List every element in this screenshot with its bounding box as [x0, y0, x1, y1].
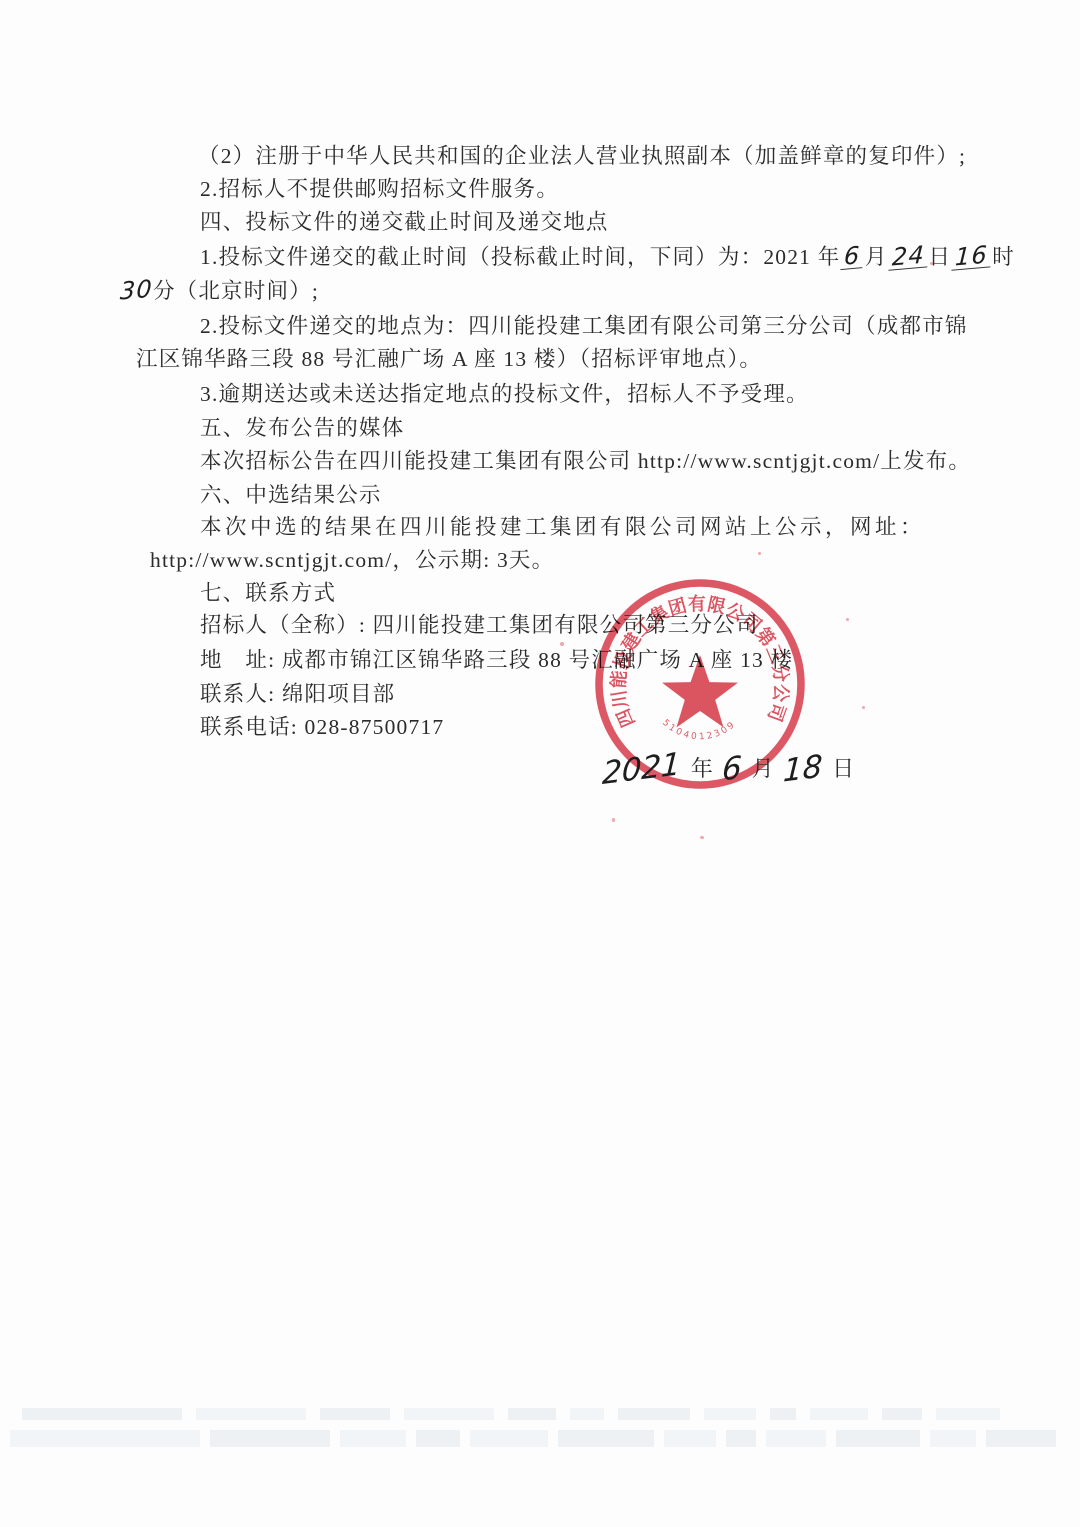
ink-speck [862, 706, 865, 709]
scan-artifact [196, 1408, 306, 1420]
handwritten-minute: 30 [119, 276, 153, 303]
ink-speck [612, 818, 615, 822]
month-unit: 月 [865, 245, 888, 269]
signature-date: 2021年6月18日 [602, 752, 863, 785]
scan-artifact [766, 1430, 826, 1447]
paragraph-contact-person: 联系人: 绵阳项目部 [200, 681, 395, 707]
scan-artifact [618, 1408, 690, 1420]
scan-artifact [320, 1408, 390, 1420]
paragraph-no-mail-order: 2.招标人不提供邮购招标文件服务。 [200, 176, 559, 202]
scan-artifact [930, 1430, 976, 1447]
scan-artifact [726, 1430, 756, 1447]
day-unit: 日 [929, 245, 952, 269]
paragraph-submit-place-2: 江区锦华路三段 88 号汇融广场 A 座 13 楼）（招标评审地点）。 [136, 346, 762, 372]
handwritten-day: 24 [888, 242, 928, 271]
scan-artifact-row [0, 1430, 1056, 1447]
paragraph-submit-place-1: 2.投标文件递交的地点为：四川能投建工集团有限公司第三分公司（成都市锦 [200, 313, 968, 339]
scan-artifact [986, 1430, 1056, 1447]
scan-artifact [416, 1430, 460, 1447]
month-unit: 月 [752, 756, 775, 781]
scan-artifact [22, 1408, 182, 1420]
hour-unit: 时 [992, 245, 1015, 269]
ink-speck [930, 262, 933, 265]
handwritten-month: 6 [841, 243, 865, 270]
paragraph-result-1: 本次中选的结果在四川能投建工集团有限公司网站上公示，网址： [200, 514, 925, 540]
scan-artifact [210, 1430, 330, 1447]
paragraph-result-2: http://www.scntjgjt.com/，公示期: 3天。 [150, 547, 554, 573]
paragraph-deadline: 1.投标文件递交的截止时间（投标截止时间，下同）为：2021 年6月24日16时 [200, 244, 1015, 270]
scan-artifact [836, 1430, 920, 1447]
handwritten-date-day: 18 [782, 751, 823, 787]
year-unit: 年 [691, 756, 714, 781]
scan-artifact [882, 1408, 922, 1420]
scanned-document-page: （2）注册于中华人民共和国的企业法人营业执照副本（加盖鲜章的复印件）; 2.招标… [0, 0, 1080, 1527]
ink-speck [560, 642, 564, 646]
scan-artifact [508, 1408, 556, 1420]
paragraph-contact-phone: 联系电话: 028-87500717 [200, 714, 444, 740]
seal-code-text: 5104012309 [660, 718, 738, 742]
handwritten-hour: 16 [952, 242, 992, 271]
scan-artifact [770, 1408, 796, 1420]
scan-artifact [810, 1408, 868, 1420]
ink-speck [700, 836, 704, 839]
scan-artifact [664, 1430, 716, 1447]
ink-speck [846, 618, 849, 621]
paragraph-deadline-cont: 30分（北京时间）; [120, 278, 319, 304]
paragraph-late-delivery: 3.逾期送达或未送达指定地点的投标文件，招标人不予受理。 [200, 381, 809, 407]
section-heading-4: 四、投标文件的递交截止时间及递交地点 [200, 209, 609, 235]
scan-artifact [404, 1408, 494, 1420]
day-unit: 日 [832, 756, 855, 781]
svg-text:5104012309: 5104012309 [660, 718, 738, 742]
scan-artifact [340, 1430, 406, 1447]
scan-artifact [704, 1408, 756, 1420]
scan-artifact [570, 1408, 604, 1420]
seal-star-icon [662, 655, 738, 727]
scan-artifact [470, 1430, 548, 1447]
section-heading-6: 六、中选结果公示 [200, 482, 382, 508]
ink-speck [758, 552, 761, 555]
section-heading-7: 七、联系方式 [200, 580, 336, 606]
scan-artifact [10, 1430, 200, 1447]
handwritten-year: 2021 [601, 749, 681, 790]
deadline-suffix: 分（北京时间）; [153, 279, 319, 303]
section-heading-5: 五、发布公告的媒体 [200, 415, 404, 441]
scan-artifact [558, 1430, 654, 1447]
paragraph-publish-media: 本次招标公告在四川能投建工集团有限公司 http://www.scntjgjt.… [200, 448, 971, 474]
scan-artifact-row [0, 1408, 1000, 1420]
scan-artifact [936, 1408, 1000, 1420]
deadline-prefix: 1.投标文件递交的截止时间（投标截止时间，下同）为：2021 年 [200, 245, 840, 269]
paragraph-license-copy: （2）注册于中华人民共和国的企业法人营业执照副本（加盖鲜章的复印件）; [198, 143, 966, 169]
handwritten-date-month: 6 [721, 753, 742, 787]
